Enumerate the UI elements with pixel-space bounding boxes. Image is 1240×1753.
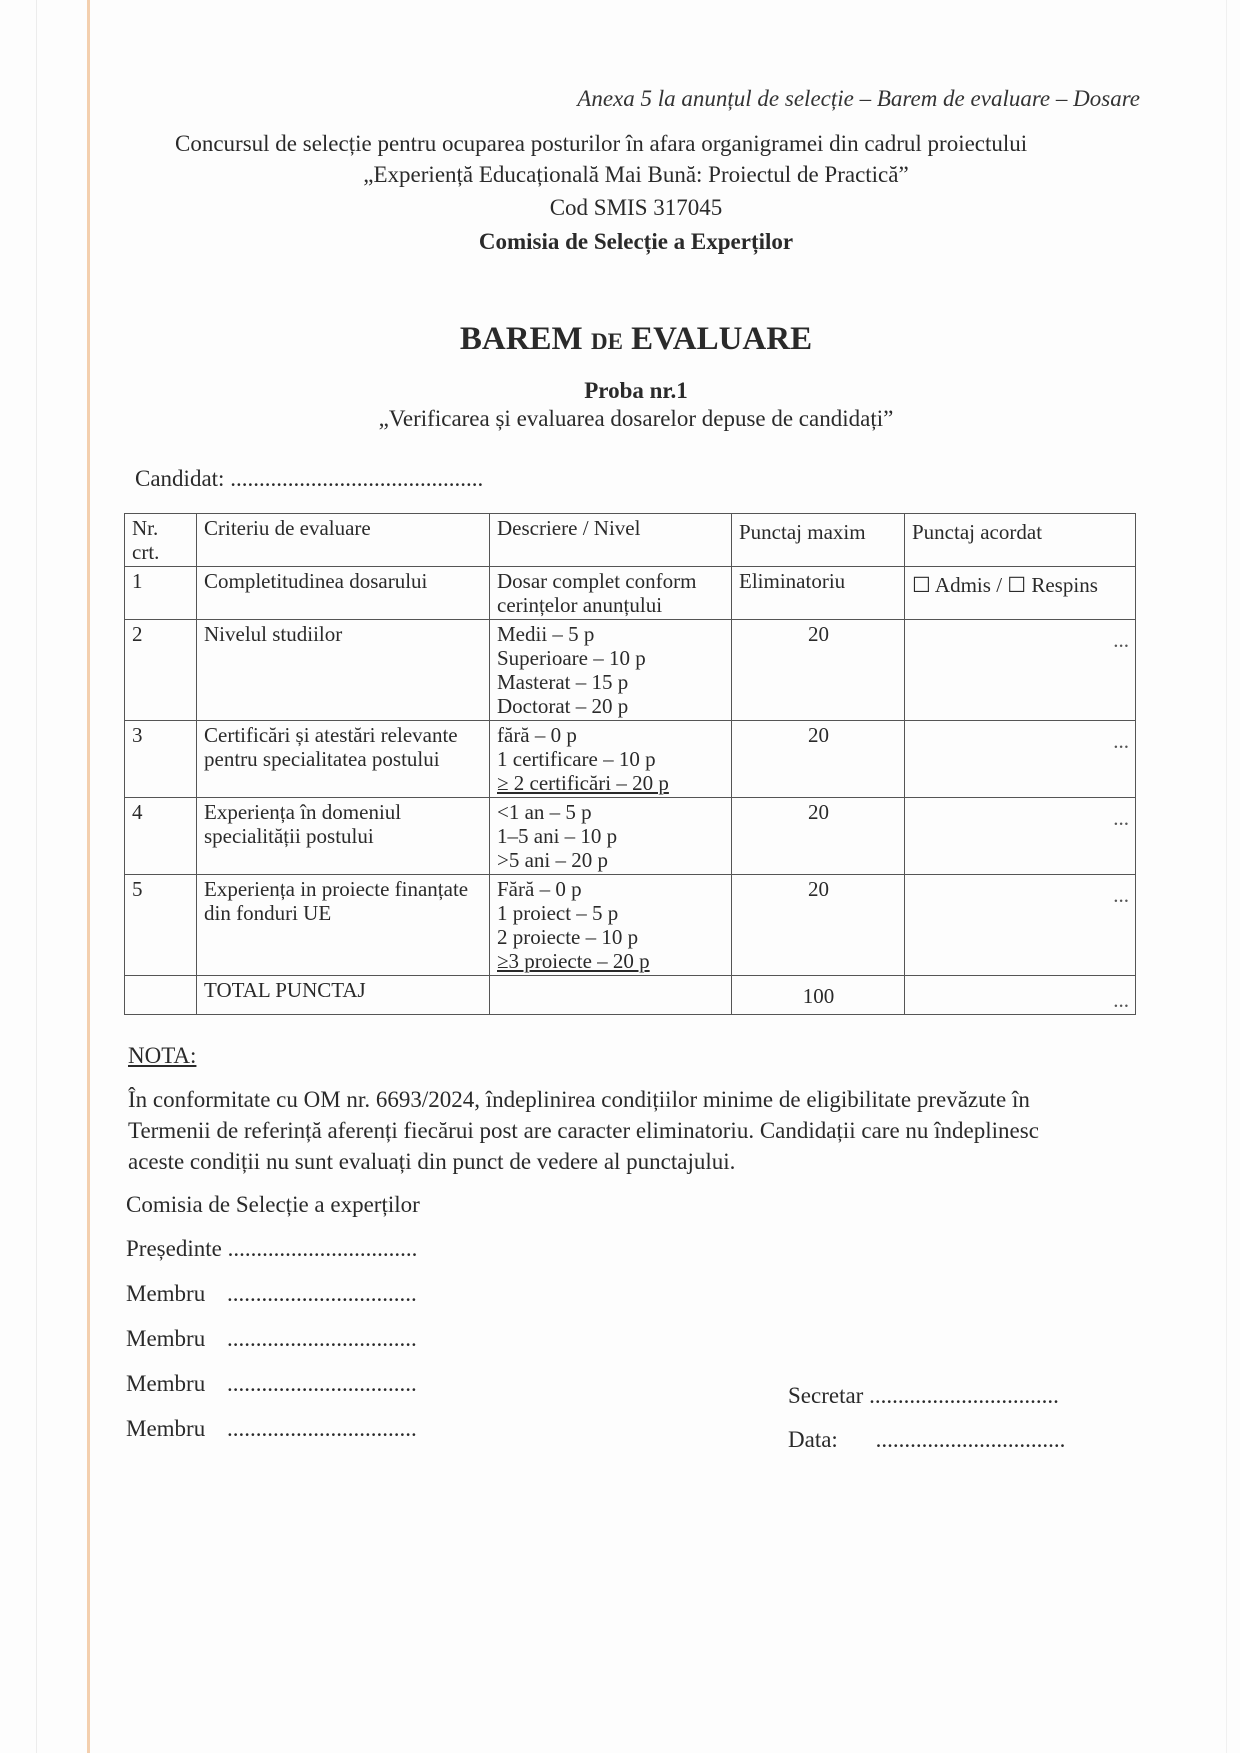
total-nr-empty — [125, 976, 197, 1015]
project-name: „Experiență Educațională Mai Bună: Proie… — [96, 162, 1176, 188]
row-nr: 5 — [125, 875, 197, 976]
member-label: Membru — [126, 1326, 205, 1351]
proba-title: Proba nr.1 — [96, 378, 1176, 404]
row-awarded[interactable]: ... — [905, 721, 1136, 798]
member-blank[interactable]: ................................. — [227, 1281, 417, 1306]
total-description-empty — [490, 976, 732, 1015]
candidate-field: Candidat: ..............................… — [135, 466, 483, 492]
member-label: Membru — [126, 1371, 205, 1396]
date-label: Data: — [788, 1427, 838, 1452]
description-line: Superioare – 10 p — [497, 646, 725, 670]
row-awarded[interactable]: ... — [905, 875, 1136, 976]
row-nr: 4 — [125, 798, 197, 875]
row-description: Fără – 0 p 1 proiect – 5 p 2 proiecte – … — [490, 875, 732, 976]
title-word-3: EVALUARE — [631, 321, 812, 357]
table-row: 5 Experiența in proiecte finanțate din f… — [125, 875, 1136, 976]
header-criterion: Criteriu de evaluare — [197, 514, 490, 567]
page-title: BAREM DE EVALUARE — [96, 321, 1176, 358]
signature-member: Membru ................................. — [126, 1416, 417, 1442]
row-criterion: Nivelul studiilor — [197, 620, 490, 721]
table-header-row: Nr. crt. Criteriu de evaluare Descriere … — [125, 514, 1136, 567]
president-blank[interactable]: ................................. — [228, 1236, 418, 1261]
header-nr: Nr. crt. — [125, 514, 197, 567]
signature-member: Membru ................................. — [126, 1281, 417, 1307]
description-line: 1 proiect – 5 p — [497, 901, 725, 925]
total-label: TOTAL PUNCTAJ — [197, 976, 490, 1015]
header-description: Descriere / Nivel — [490, 514, 732, 567]
member-label: Membru — [126, 1416, 205, 1441]
secretary-blank[interactable]: ................................. — [869, 1383, 1059, 1408]
description-line: Fără – 0 p — [497, 877, 725, 901]
note-text-line: Termenii de referință aferenți fiecărui … — [128, 1118, 1039, 1144]
page-edge-line-right — [1226, 0, 1227, 1753]
row-description: fără – 0 p 1 certificare – 10 p ≥ 2 cert… — [490, 721, 732, 798]
row-nr: 2 — [125, 620, 197, 721]
signature-president: Președinte .............................… — [126, 1236, 417, 1262]
signature-secretary: Secretar ...............................… — [788, 1383, 1059, 1409]
respins-checkbox[interactable]: ☐ — [1007, 573, 1026, 597]
description-line: >5 ani – 20 p — [497, 848, 725, 872]
note-text-line: În conformitate cu OM nr. 6693/2024, înd… — [128, 1087, 1030, 1113]
description-line: cerințelor anunțului — [497, 593, 725, 617]
description-line: fără – 0 p — [497, 723, 725, 747]
table-row: 3 Certificări și atestări relevante pent… — [125, 721, 1136, 798]
page-edge-line — [36, 0, 37, 1753]
row-criterion: Experiența în domeniul specialității pos… — [197, 798, 490, 875]
row-max-score: 20 — [732, 875, 905, 976]
admis-checkbox[interactable]: ☐ — [912, 573, 931, 597]
member-blank[interactable]: ................................. — [227, 1371, 417, 1396]
row-awarded: ☐ Admis / ☐ Respins — [905, 567, 1136, 620]
signature-committee-title: Comisia de Selecție a experților — [126, 1192, 420, 1218]
secretary-label: Secretar — [788, 1383, 863, 1408]
row-awarded[interactable]: ... — [905, 798, 1136, 875]
candidate-label: Candidat: — [135, 466, 224, 491]
table-row: 1 Completitudinea dosarului Dosar comple… — [125, 567, 1136, 620]
description-line: Medii – 5 p — [497, 622, 725, 646]
member-label: Membru — [126, 1281, 205, 1306]
table-row: 2 Nivelul studiilor Medii – 5 p Superioa… — [125, 620, 1136, 721]
description-line: ≥3 proiecte – 20 p — [497, 949, 725, 973]
smis-code: Cod SMIS 317045 — [96, 195, 1176, 221]
row-max-score: 20 — [732, 721, 905, 798]
row-max-score: Eliminatoriu — [732, 567, 905, 620]
header-max-score: Punctaj maxim — [732, 514, 905, 567]
description-line: 1 certificare – 10 p — [497, 747, 725, 771]
member-blank[interactable]: ................................. — [227, 1416, 417, 1441]
description-line: 1–5 ani – 10 p — [497, 824, 725, 848]
description-line: 2 proiecte – 10 p — [497, 925, 725, 949]
row-max-score: 20 — [732, 620, 905, 721]
table-row: 4 Experiența în domeniul specialității p… — [125, 798, 1136, 875]
row-max-score: 20 — [732, 798, 905, 875]
note-label: NOTA: — [128, 1043, 196, 1069]
contest-description: Concursul de selecție pentru ocuparea po… — [175, 131, 1027, 157]
committee-name: Comisia de Selecție a Experților — [96, 229, 1176, 255]
proba-subtitle: „Verificarea și evaluarea dosarelor depu… — [96, 406, 1176, 432]
option-separator: / — [996, 573, 1002, 597]
title-word-1: BAREM — [460, 321, 583, 357]
respins-label: Respins — [1031, 573, 1098, 597]
table-total-row: TOTAL PUNCTAJ 100 ... — [125, 976, 1136, 1015]
description-line: <1 an – 5 p — [497, 800, 725, 824]
row-criterion: Completitudinea dosarului — [197, 567, 490, 620]
row-description: Dosar complet conform cerințelor anunțul… — [490, 567, 732, 620]
total-awarded[interactable]: ... — [905, 976, 1136, 1015]
row-awarded[interactable]: ... — [905, 620, 1136, 721]
president-label: Președinte — [126, 1236, 222, 1261]
candidate-blank[interactable]: ........................................… — [230, 466, 483, 491]
description-line: Masterat – 15 p — [497, 670, 725, 694]
evaluation-table: Nr. crt. Criteriu de evaluare Descriere … — [124, 513, 1136, 1015]
total-max-score: 100 — [732, 976, 905, 1015]
member-blank[interactable]: ................................. — [227, 1326, 417, 1351]
note-text-line: aceste condiții nu sunt evaluați din pun… — [128, 1149, 735, 1175]
signature-member: Membru ................................. — [126, 1326, 417, 1352]
row-criterion: Experiența in proiecte finanțate din fon… — [197, 875, 490, 976]
description-line: ≥ 2 certificări – 20 p — [497, 771, 725, 795]
margin-line — [87, 0, 90, 1753]
description-line: Doctorat – 20 p — [497, 694, 725, 718]
header-awarded: Punctaj acordat — [905, 514, 1136, 567]
title-word-2: DE — [591, 329, 623, 354]
signature-date: Data: ................................. — [788, 1427, 1065, 1453]
row-description: <1 an – 5 p 1–5 ani – 10 p >5 ani – 20 p — [490, 798, 732, 875]
annex-reference: Anexa 5 la anunțul de selecție – Barem d… — [577, 86, 1140, 112]
row-nr: 3 — [125, 721, 197, 798]
row-description: Medii – 5 p Superioare – 10 p Masterat –… — [490, 620, 732, 721]
row-criterion: Certificări și atestări relevante pentru… — [197, 721, 490, 798]
signature-member: Membru ................................. — [126, 1371, 417, 1397]
date-blank[interactable]: ................................. — [876, 1427, 1066, 1452]
description-line: Dosar complet conform — [497, 569, 725, 593]
row-nr: 1 — [125, 567, 197, 620]
admis-label: Admis — [935, 573, 991, 597]
